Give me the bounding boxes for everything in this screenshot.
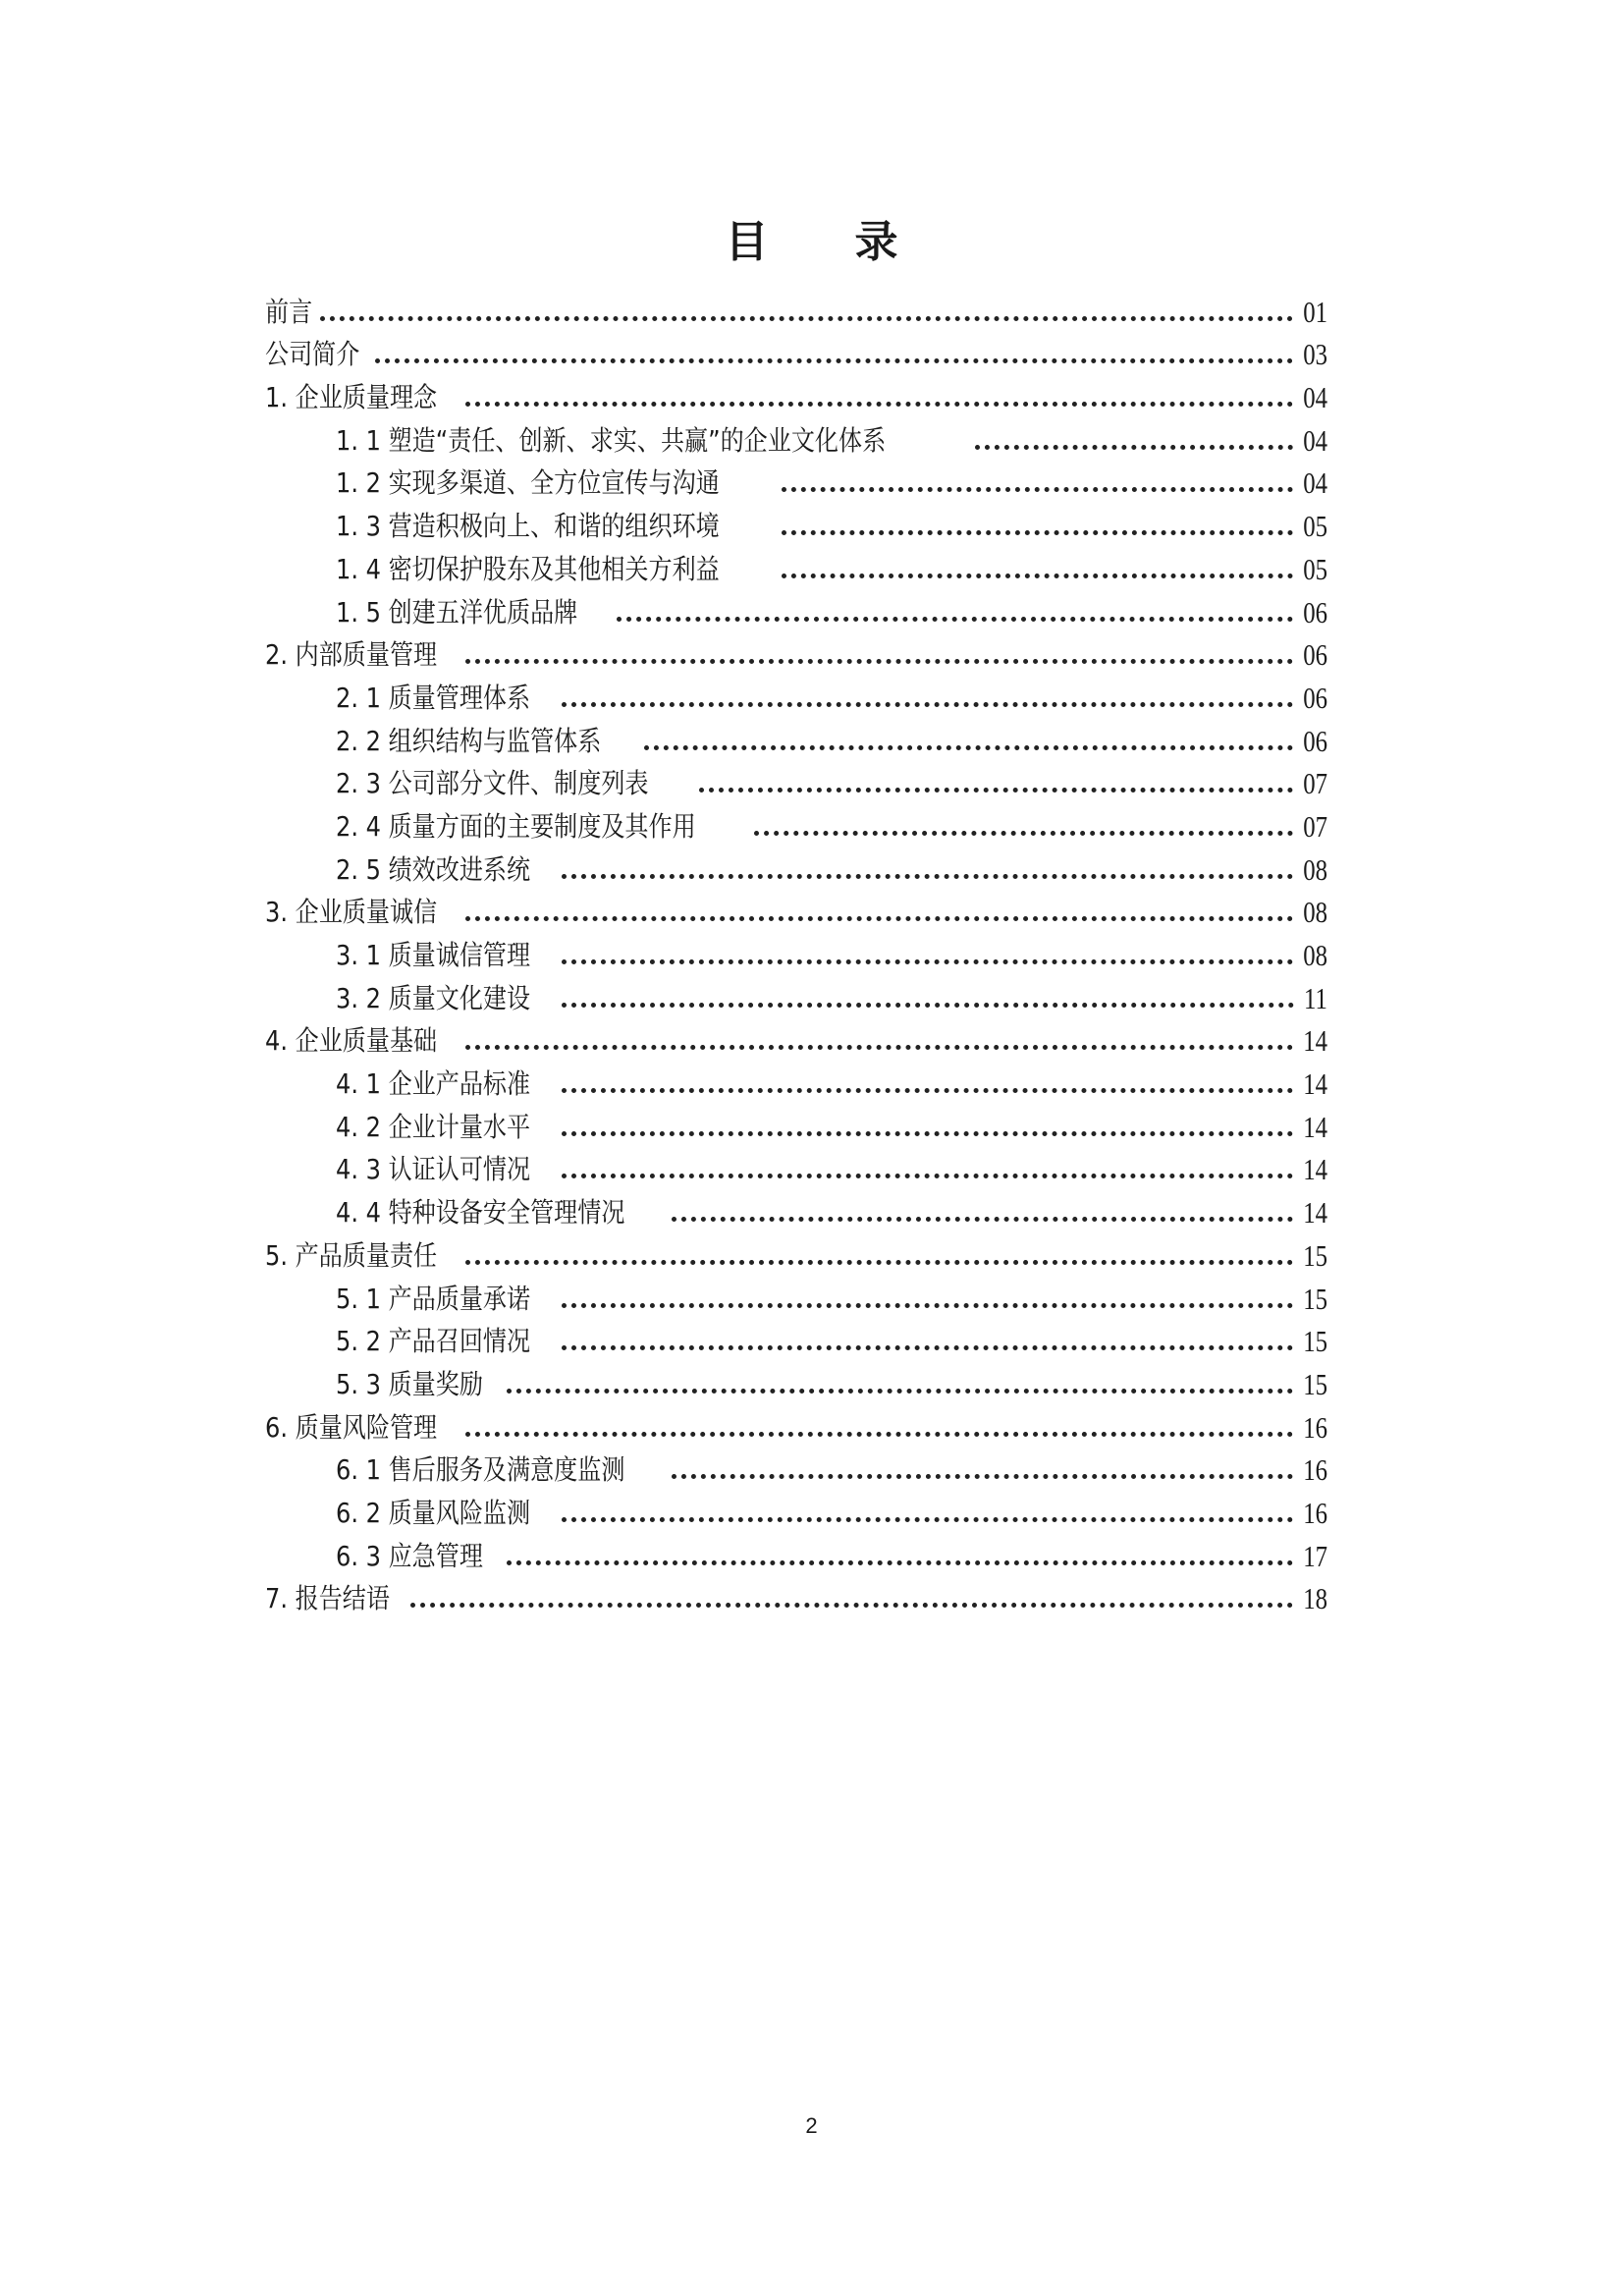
toc-entry-page: 15 xyxy=(1303,1367,1327,1402)
toc-entry-label: 1. 2 实现多渠道、全方位宣传与沟通 xyxy=(336,465,720,501)
dot-leader xyxy=(562,1003,1294,1008)
toc-subentry: 5. 3 质量奖励15 xyxy=(265,1359,1327,1402)
dot-leader xyxy=(617,617,1293,622)
dot-leader xyxy=(562,1174,1293,1178)
table-of-contents: 前言01 公司简介03 1. 企业质量理念04 1. 1 塑造“责任、创新、求实… xyxy=(265,287,1327,1616)
toc-entry-page: 03 xyxy=(1303,337,1327,372)
toc-entry-page: 11 xyxy=(1304,981,1327,1016)
dot-leader xyxy=(562,1345,1293,1350)
toc-entry-page: 15 xyxy=(1303,1282,1327,1317)
toc-entry-page: 08 xyxy=(1303,852,1327,888)
toc-subentry: 4. 2 企业计量水平14 xyxy=(265,1102,1327,1145)
toc-subentry: 5. 1 产品质量承诺15 xyxy=(265,1274,1327,1317)
toc-entry-label: 2. 1 质量管理体系 xyxy=(336,681,530,716)
dot-leader xyxy=(782,487,1293,492)
toc-entry-label: 2. 4 质量方面的主要制度及其作用 xyxy=(336,809,696,845)
toc-entry: 前言01 xyxy=(265,287,1327,330)
toc-subentry: 1. 2 实现多渠道、全方位宣传与沟通04 xyxy=(265,459,1327,502)
toc-entry-page: 14 xyxy=(1303,1110,1327,1145)
toc-entry: 1. 企业质量理念04 xyxy=(265,372,1327,415)
toc-subentry: 2. 3 公司部分文件、制度列表07 xyxy=(265,759,1327,802)
toc-entry-label: 5. 1 产品质量承诺 xyxy=(336,1282,530,1317)
toc-entry-label: 3. 2 质量文化建设 xyxy=(336,981,530,1016)
toc-entry-label: 2. 3 公司部分文件、制度列表 xyxy=(336,766,648,801)
toc-entry-page: 08 xyxy=(1303,895,1327,930)
dot-leader xyxy=(465,659,1293,664)
toc-entry-label: 2. 2 组织结构与监管体系 xyxy=(336,724,601,759)
toc-entry-page: 07 xyxy=(1303,766,1327,801)
dot-leader xyxy=(465,916,1293,921)
toc-subentry: 3. 1 质量诚信管理08 xyxy=(265,930,1327,973)
dot-leader xyxy=(465,1260,1293,1265)
toc-entry-page: 14 xyxy=(1303,1152,1327,1187)
toc-entry-label: 前言 xyxy=(265,295,312,330)
toc-entry-page: 08 xyxy=(1303,938,1327,973)
toc-subentry: 1. 4 密切保护股东及其他相关方利益05 xyxy=(265,544,1327,587)
dot-leader xyxy=(562,1303,1293,1308)
toc-entry-label: 4. 4 特种设备安全管理情况 xyxy=(336,1195,624,1230)
toc-entry: 公司简介03 xyxy=(265,330,1327,373)
toc-entry: 2. 内部质量管理06 xyxy=(265,630,1327,674)
toc-entry-page: 05 xyxy=(1303,552,1327,587)
dot-leader xyxy=(507,1560,1293,1565)
dot-leader xyxy=(782,530,1293,535)
toc-entry-label: 2. 内部质量管理 xyxy=(265,637,437,673)
toc-entry: 6. 质量风险管理16 xyxy=(265,1402,1327,1446)
toc-entry-page: 04 xyxy=(1303,423,1327,459)
toc-subentry: 2. 1 质量管理体系06 xyxy=(265,673,1327,716)
toc-entry-label: 5. 3 质量奖励 xyxy=(336,1367,483,1402)
toc-subentry: 4. 1 企业产品标准14 xyxy=(265,1059,1327,1102)
toc-entry-label: 2. 5 绩效改进系统 xyxy=(336,852,530,888)
toc-entry-page: 14 xyxy=(1303,1195,1327,1230)
toc-entry-page: 04 xyxy=(1303,465,1327,501)
toc-entry-label: 7. 报告结语 xyxy=(265,1581,390,1616)
toc-entry-page: 01 xyxy=(1303,295,1327,330)
dot-leader xyxy=(465,402,1293,407)
toc-entry-label: 1. 3 营造积极向上、和谐的组织环境 xyxy=(336,509,720,544)
dot-leader xyxy=(644,745,1293,750)
toc-entry-page: 18 xyxy=(1303,1581,1327,1616)
toc-subentry: 4. 4 特种设备安全管理情况14 xyxy=(265,1187,1327,1230)
toc-entry-label: 1. 5 创建五洋优质品牌 xyxy=(336,595,577,630)
toc-subentry: 1. 3 营造积极向上、和谐的组织环境05 xyxy=(265,501,1327,544)
dot-leader xyxy=(562,1131,1293,1136)
toc-entry: 7. 报告结语18 xyxy=(265,1574,1327,1617)
toc-subentry: 4. 3 认证认可情况14 xyxy=(265,1145,1327,1188)
toc-entry-label: 6. 3 应急管理 xyxy=(336,1539,483,1574)
toc-entry-page: 14 xyxy=(1303,1023,1327,1059)
dot-leader xyxy=(320,316,1293,321)
toc-entry-page: 06 xyxy=(1303,637,1327,673)
toc-entry: 5. 产品质量责任15 xyxy=(265,1230,1327,1274)
toc-entry-label: 4. 企业质量基础 xyxy=(265,1023,437,1059)
toc-entry-page: 17 xyxy=(1303,1539,1327,1574)
dot-leader xyxy=(672,1217,1293,1222)
toc-entry-label: 5. 产品质量责任 xyxy=(265,1238,437,1274)
toc-entry-label: 4. 1 企业产品标准 xyxy=(336,1066,530,1102)
toc-entry-label: 1. 企业质量理念 xyxy=(265,380,437,415)
dot-leader xyxy=(782,574,1293,578)
dot-leader xyxy=(699,788,1293,793)
dot-leader xyxy=(975,445,1293,450)
toc-entry-page: 14 xyxy=(1303,1066,1327,1102)
toc-subentry: 6. 3 应急管理17 xyxy=(265,1531,1327,1574)
toc-entry-page: 15 xyxy=(1303,1324,1327,1359)
toc-subentry: 1. 1 塑造“责任、创新、求实、共赢”的企业文化体系04 xyxy=(265,415,1327,459)
toc-entry-page: 16 xyxy=(1303,1452,1327,1488)
dot-leader xyxy=(465,1432,1293,1437)
toc-entry: 3. 企业质量诚信08 xyxy=(265,888,1327,931)
toc-subentry: 2. 5 绩效改进系统08 xyxy=(265,845,1327,888)
toc-entry-page: 16 xyxy=(1303,1496,1327,1531)
toc-entry-label: 6. 质量风险管理 xyxy=(265,1410,437,1446)
toc-entry-label: 6. 1 售后服务及满意度监测 xyxy=(336,1452,624,1488)
dot-leader xyxy=(562,1517,1293,1522)
toc-subentry: 1. 5 创建五洋优质品牌06 xyxy=(265,587,1327,630)
toc-entry-label: 4. 2 企业计量水平 xyxy=(336,1110,530,1145)
toc-subentry: 5. 2 产品召回情况15 xyxy=(265,1317,1327,1360)
dot-leader xyxy=(562,959,1293,964)
toc-subentry: 6. 1 售后服务及满意度监测16 xyxy=(265,1446,1327,1489)
toc-entry-label: 公司简介 xyxy=(265,337,359,372)
dot-leader xyxy=(375,358,1293,363)
toc-entry-label: 3. 1 质量诚信管理 xyxy=(336,938,530,973)
dot-leader xyxy=(672,1474,1293,1479)
toc-entry-page: 15 xyxy=(1303,1238,1327,1274)
toc-entry-page: 07 xyxy=(1303,809,1327,845)
toc-subentry: 2. 4 质量方面的主要制度及其作用07 xyxy=(265,801,1327,845)
toc-subentry: 6. 2 质量风险监测16 xyxy=(265,1488,1327,1531)
toc-subentry: 3. 2 质量文化建设11 xyxy=(265,973,1327,1016)
page-title: 目录 xyxy=(0,206,1623,269)
dot-leader xyxy=(562,874,1293,879)
toc-entry-label: 6. 2 质量风险监测 xyxy=(336,1496,530,1531)
toc-entry-label: 1. 4 密切保护股东及其他相关方利益 xyxy=(336,552,720,587)
toc-entry-page: 16 xyxy=(1303,1410,1327,1446)
toc-entry-page: 06 xyxy=(1303,595,1327,630)
toc-entry-label: 3. 企业质量诚信 xyxy=(265,895,437,930)
toc-entry-page: 06 xyxy=(1303,681,1327,716)
dot-leader xyxy=(562,702,1293,707)
dot-leader xyxy=(410,1603,1293,1608)
toc-entry-page: 04 xyxy=(1303,380,1327,415)
toc-entry-label: 1. 1 塑造“责任、创新、求实、共赢”的企业文化体系 xyxy=(336,423,886,459)
toc-entry-label: 5. 2 产品召回情况 xyxy=(336,1324,530,1359)
dot-leader xyxy=(754,831,1293,836)
dot-leader xyxy=(562,1088,1293,1093)
toc-entry: 4. 企业质量基础14 xyxy=(265,1016,1327,1060)
toc-subentry: 2. 2 组织结构与监管体系06 xyxy=(265,716,1327,759)
toc-entry-page: 05 xyxy=(1303,509,1327,544)
page-number: 2 xyxy=(0,2113,1623,2139)
dot-leader xyxy=(465,1045,1293,1050)
dot-leader xyxy=(507,1389,1293,1394)
toc-entry-label: 4. 3 认证认可情况 xyxy=(336,1152,530,1187)
toc-entry-page: 06 xyxy=(1303,724,1327,759)
